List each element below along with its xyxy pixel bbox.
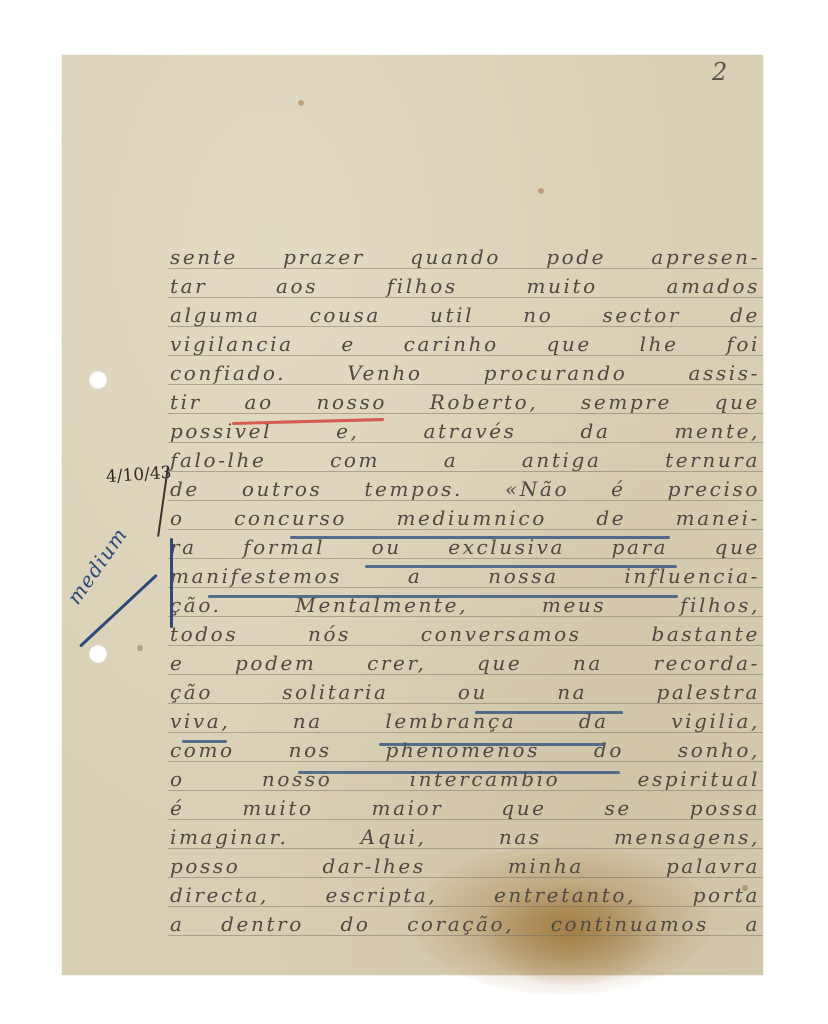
page-number: 2	[712, 58, 727, 86]
margin-arrow-stroke	[170, 538, 173, 628]
text-line: como nos phenomenos do sonho,	[170, 736, 760, 764]
text-line: vigilancia e carinho que lhe foi	[170, 330, 760, 358]
text-line: confiado. Venho procurando assis-	[170, 359, 760, 387]
text-line: alguma cousa util no sector de	[170, 301, 760, 329]
blue-underline	[208, 595, 678, 598]
foxing-spot	[298, 100, 304, 106]
text-line: ção solitaria ou na palestra	[170, 678, 760, 706]
blue-underline	[365, 565, 677, 568]
punch-hole	[89, 645, 107, 663]
text-line: viva, na lembrança da vigilia,	[170, 707, 760, 735]
text-line: tar aos filhos muito amados	[170, 272, 760, 300]
text-line: imaginar. Aqui, nas mensagens,	[170, 823, 760, 851]
text-line: o concurso mediumnico de manei-	[170, 504, 760, 532]
blue-underline	[290, 536, 670, 539]
blue-underline	[475, 711, 623, 714]
foxing-spot	[538, 188, 544, 194]
blue-underline	[298, 771, 620, 774]
text-line: posso dar-lhes minha palavra	[170, 852, 760, 880]
text-line: sente prazer quando pode apresen-	[170, 243, 760, 271]
text-line: o nosso intercambio espiritual	[170, 765, 760, 793]
text-line: é muito maior que se possa	[170, 794, 760, 822]
text-line: de outros tempos. «Não é preciso	[170, 475, 760, 503]
text-line: directa, escripta, entretanto, porta	[170, 881, 760, 909]
text-line: a dentro do coração, continuamos a	[170, 910, 760, 938]
text-line: e podem crer, que na recorda-	[170, 649, 760, 677]
text-line: todos nós conversamos bastante	[170, 620, 760, 648]
margin-note: medium	[62, 523, 132, 609]
text-line: tir ao nosso Roberto, sempre que	[170, 388, 760, 416]
foxing-spot	[137, 645, 143, 651]
blue-underline	[182, 740, 227, 743]
text-line: falo-lhe com a antiga ternura	[170, 446, 760, 474]
blue-underline	[379, 743, 604, 746]
manuscript-page: 2 sente prazer quando pode apresen- tar …	[62, 55, 763, 975]
margin-date: 4/10/43	[105, 463, 172, 488]
punch-hole	[89, 371, 107, 389]
